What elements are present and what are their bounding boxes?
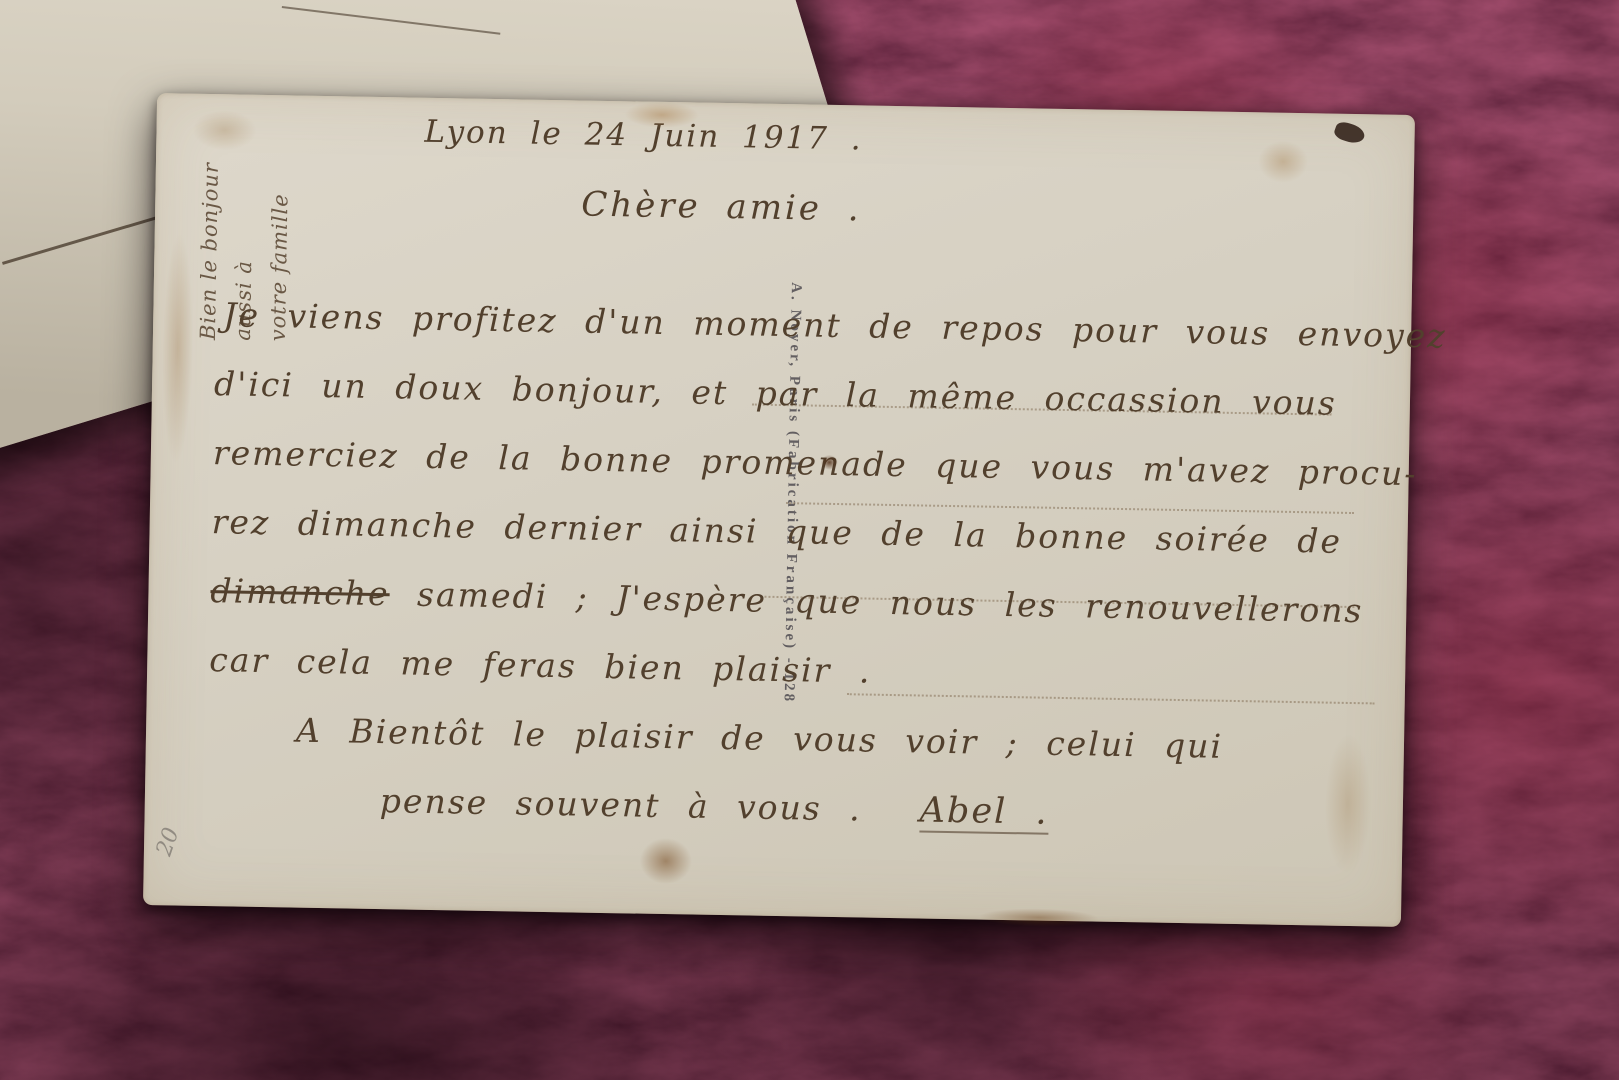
handwritten-body: Je viens profitez d'un moment de repos p… [206,280,1385,853]
foxing-streak [161,233,195,463]
stain [1258,140,1309,183]
body-text: rez dimanche dernier ainsi que de la bon… [211,502,1342,561]
pencil-mark: 20 [152,825,185,860]
stain [639,838,692,885]
body-text: remerciez de la bonne promenade que vous… [213,433,1418,493]
postcard-salutation: Chère amie . [581,185,862,230]
postcard: Lyon le 24 Juin 1917 . Chère amie . Bien… [143,93,1415,927]
body-text: d'ici un doux bonjour, et par la même oc… [214,364,1337,423]
signature: Abel . [919,791,1049,835]
body-text: pense souvent à vous . [380,781,863,828]
stain [1324,734,1372,875]
strikethrough-text: dimanche [210,571,390,613]
corner-damage [1333,120,1367,147]
stain [192,110,257,151]
body-text: Je viens profitez d'un moment de repos p… [223,295,1447,355]
body-text: samedi ; J'espère que nous les renouvell… [389,574,1363,630]
body-text: car cela me feras bien plaisir . [209,640,872,691]
body-text: A Bientôt le plaisir de vous voir ; celu… [296,711,1224,766]
